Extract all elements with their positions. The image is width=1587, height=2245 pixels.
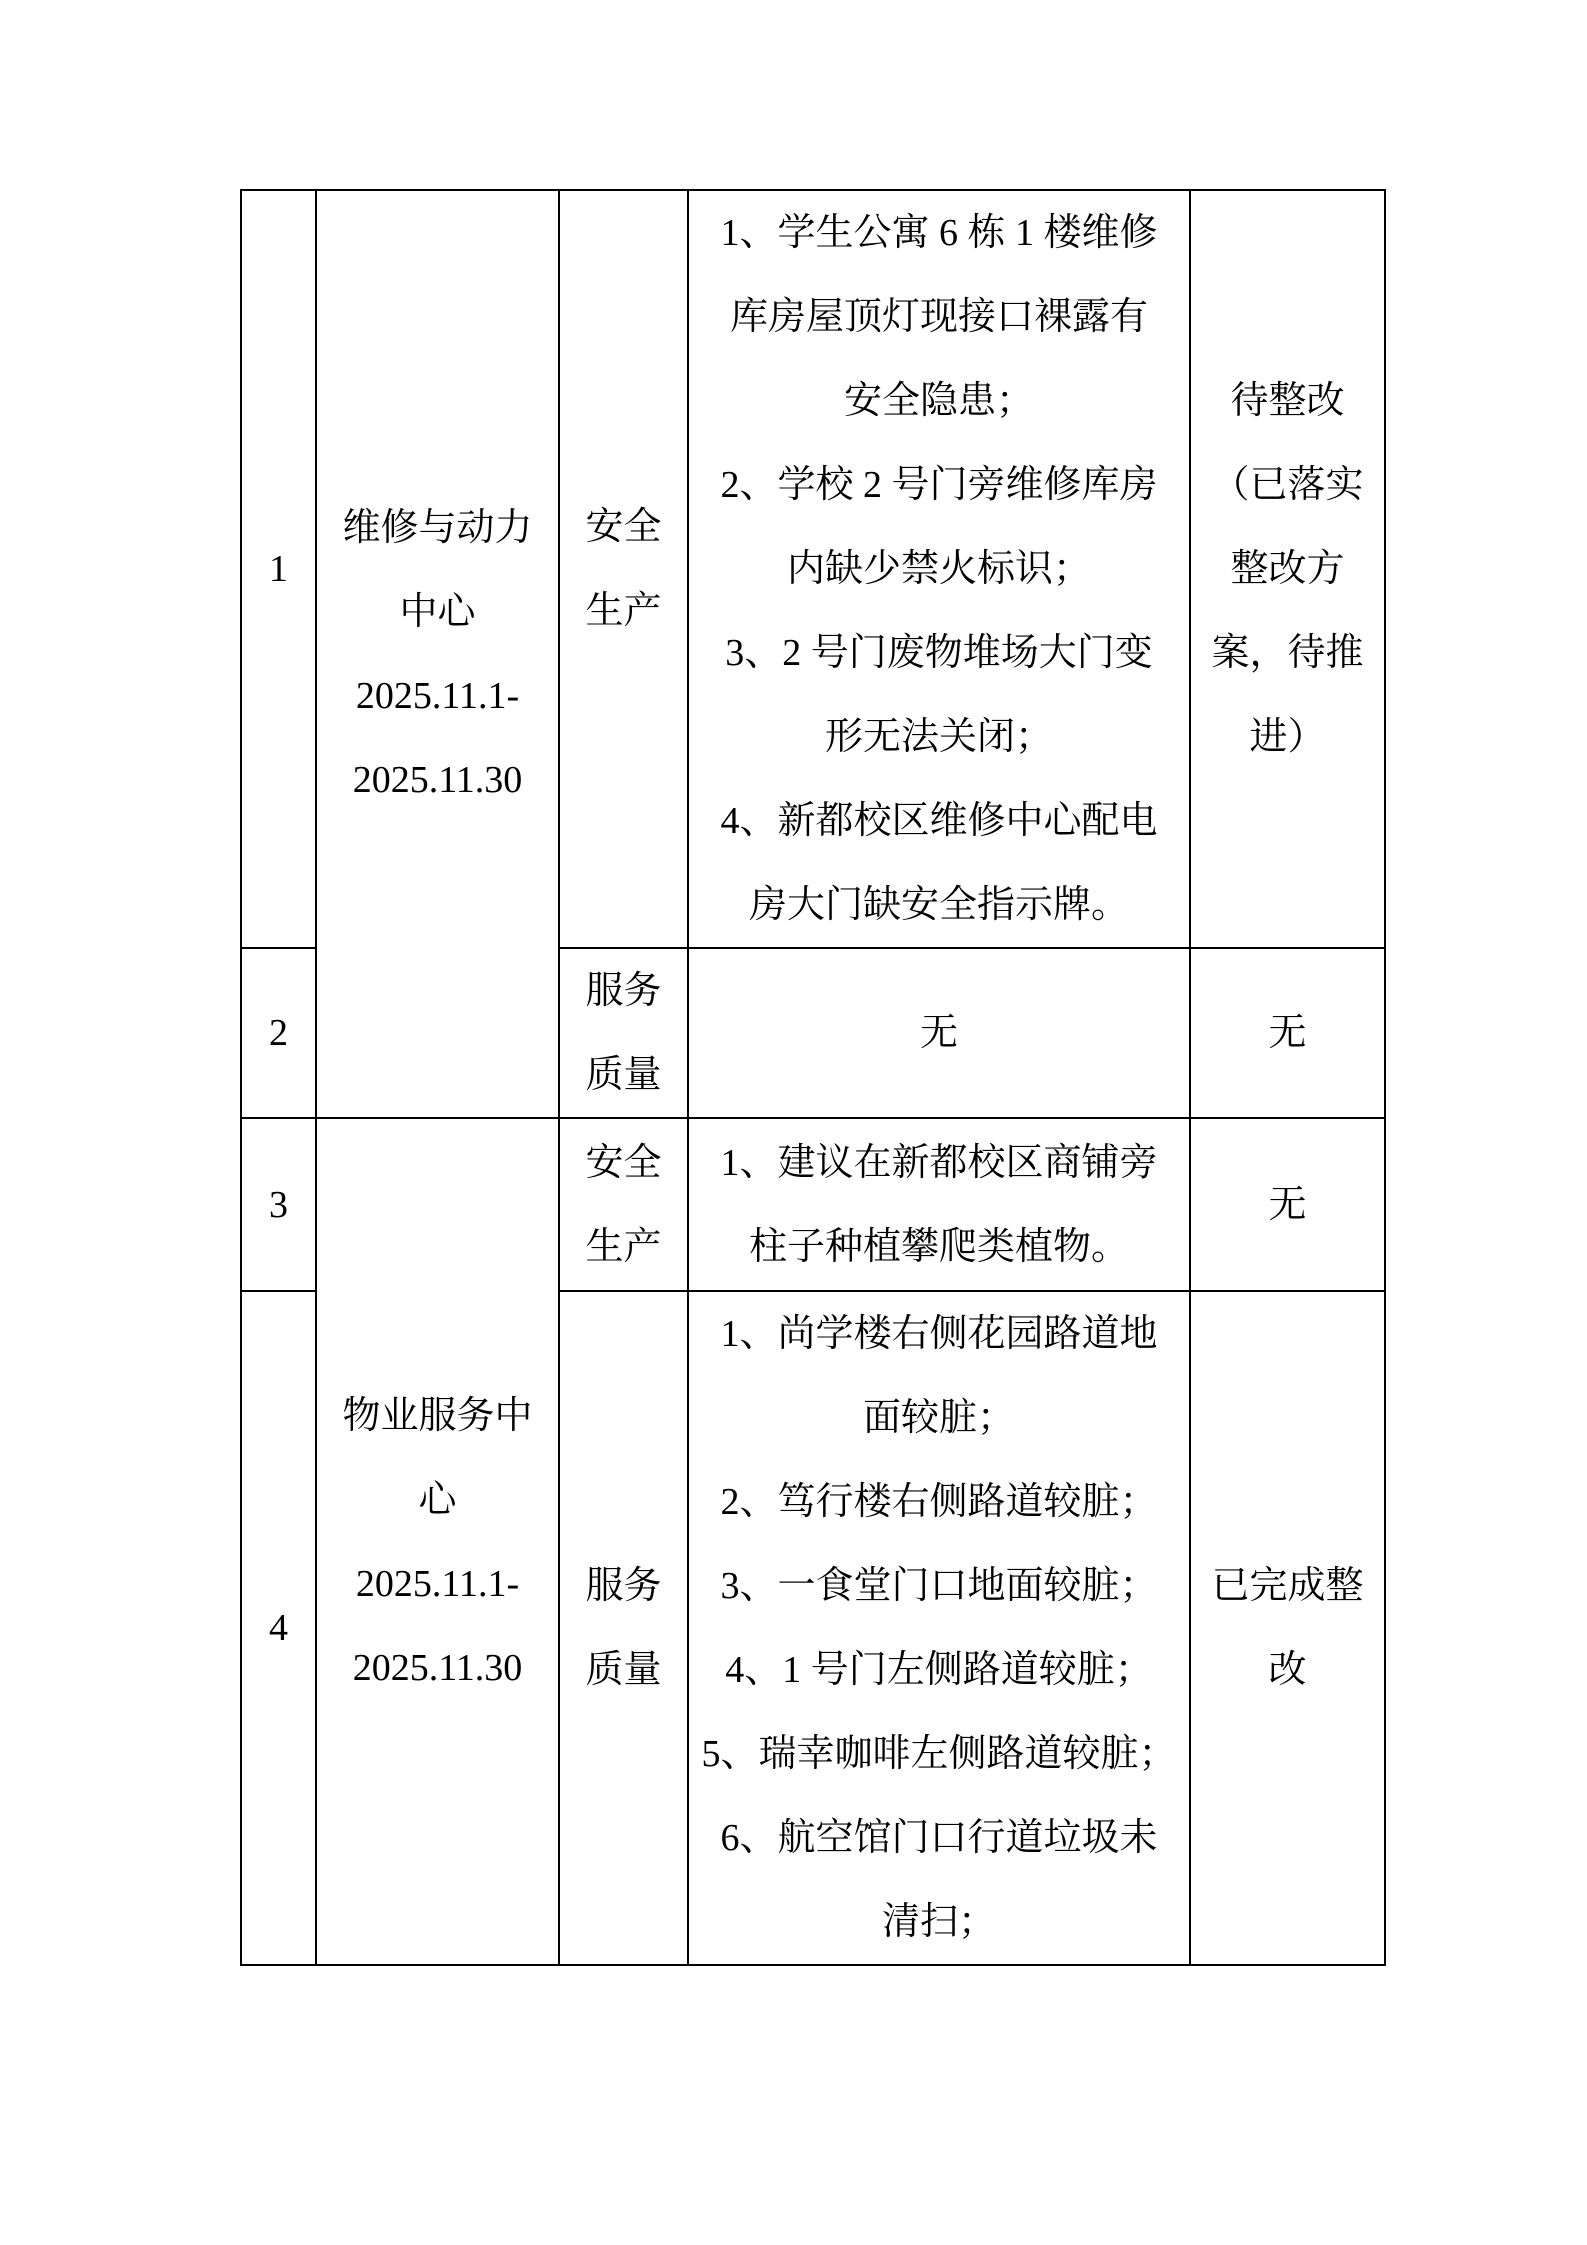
row4-category-cell: 服务 质量 [559, 1291, 688, 1965]
inspection-issues-table: 1 维修与动力 中心 2025.11.1- 2025.11.30 安全 生产 1… [240, 189, 1386, 1966]
row1-number-cell: 1 [241, 190, 316, 948]
document-page: 1 维修与动力 中心 2025.11.1- 2025.11.30 安全 生产 1… [0, 0, 1587, 2245]
row4-status-cell: 已完成整 改 [1190, 1291, 1385, 1965]
row1-department-period-cell: 维修与动力 中心 2025.11.1- 2025.11.30 [316, 190, 559, 1118]
row3-department-period-cell: 物业服务中 心 2025.11.1- 2025.11.30 [316, 1118, 559, 1965]
row3-status-cell: 无 [1190, 1118, 1385, 1291]
row4-issues-cell: 1、尚学楼右侧花园路道地 面较脏； 2、笃行楼右侧路道较脏； 3、一食堂门口地面… [688, 1291, 1190, 1965]
row2-status-cell: 无 [1190, 948, 1385, 1118]
row2-issues-cell: 无 [688, 948, 1190, 1118]
row2-category-cell: 服务 质量 [559, 948, 688, 1118]
row4-number-cell: 4 [241, 1291, 316, 1965]
row1-category-cell: 安全 生产 [559, 190, 688, 948]
row3-category-cell: 安全 生产 [559, 1118, 688, 1291]
table-row-1: 1 维修与动力 中心 2025.11.1- 2025.11.30 安全 生产 1… [241, 190, 1385, 948]
row3-issues-cell: 1、建议在新都校区商铺旁 柱子种植攀爬类植物。 [688, 1118, 1190, 1291]
table-row-3: 3 物业服务中 心 2025.11.1- 2025.11.30 安全 生产 1、… [241, 1118, 1385, 1291]
row2-number-cell: 2 [241, 948, 316, 1118]
row1-issues-cell: 1、学生公寓 6 栋 1 楼维修 库房屋顶灯现接口裸露有 安全隐患； 2、学校 … [688, 190, 1190, 948]
row3-number-cell: 3 [241, 1118, 316, 1291]
row1-status-cell: 待整改 （已落实 整改方 案，待推 进） [1190, 190, 1385, 948]
